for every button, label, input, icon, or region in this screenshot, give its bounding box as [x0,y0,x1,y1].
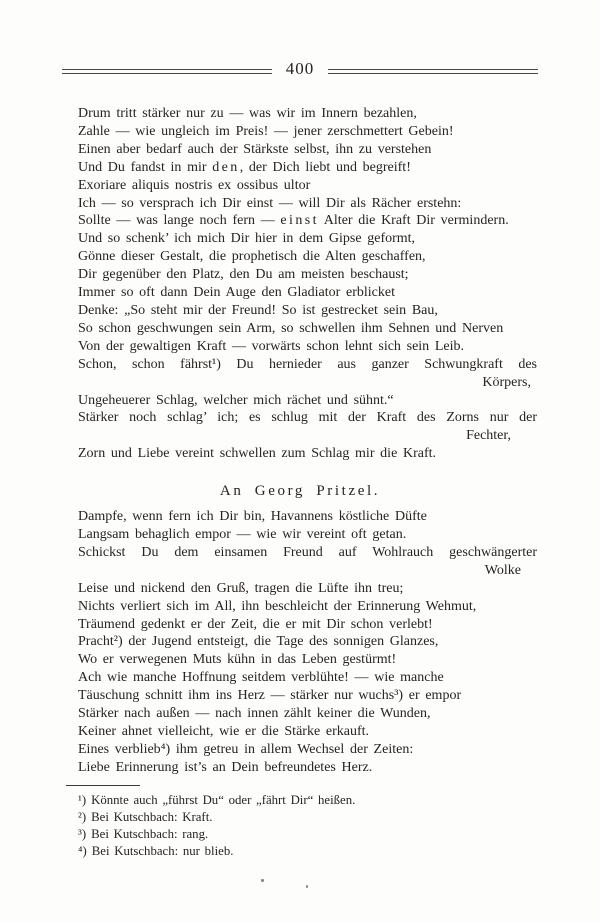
line-text: Eines verblieb⁴) ihm getreu in allem Wec… [78,742,413,757]
footnote-text: Könnte auch „führst Du“ oder „fährt Dir“… [91,793,355,807]
poem-line: Nichts verliert sich im All, ihn beschle… [78,598,537,616]
line-text: Ungeheuerer Schlag, welcher mich rächet … [78,393,394,408]
poem-line: Pracht²) der Jugend entsteigt, die Tage … [78,633,537,651]
footnote-text: Bei Kutschbach: rang. [91,827,208,841]
line-text: Stärker nach außen — nach innen zählt ke… [78,706,431,721]
line-text: Alter die Kraft Dir vermindern. [319,213,509,228]
line-text: Von der gewaltigen Kraft — vorwärts scho… [78,339,464,354]
line-text: Denke: „So steht mir der Freund! So ist … [78,303,438,318]
poem-line: Fechter, [78,427,537,445]
line-text: Körpers, [482,375,531,390]
footnote-text: Bei Kutschbach: Kraft. [91,810,212,824]
line-text: Fechter, [466,428,511,443]
line-text: Sollte — was lange noch fern — [78,213,280,228]
line-text: Leise und nickend den Gruß, tragen die L… [78,581,403,596]
poem-line: Täuschung schnitt ihm ins Herz — stärker… [78,687,537,705]
poem-gladiator: Drum tritt stärker nur zu — was wir im I… [78,105,537,463]
poem-line: Ich — so versprach ich Dir einst — will … [78,195,537,213]
poem-heading: An Georg Pritzel. [62,482,538,500]
poem-line: Wolke [78,562,537,580]
line-text: Langsam behaglich empor — wie wir verein… [78,527,406,542]
poem-line: Schickst Du dem einsamen Freund auf Wohl… [78,544,537,562]
poem-line: Dir gegenüber den Platz, den Du am meist… [78,266,537,284]
line-text: Ach wie manche Hoffnung seitdem verblüht… [78,670,444,685]
footnote-item: ⁴)Bei Kutschbach: nur blieb. [78,843,537,860]
poem-line: Sollte — was lange noch fern — einst Alt… [78,212,537,230]
poem-line: Eines verblieb⁴) ihm getreu in allem Wec… [78,741,537,759]
poem-line: Und Du fandst in mir den, der Dich liebt… [78,159,537,177]
line-text: Gönne dieser Gestalt, die prophetisch di… [78,249,426,264]
poem-line: Einen aber bedarf auch der Stärkste selb… [78,141,537,159]
line-text: Träumend gedenkt er der Zeit, die er mit… [78,617,433,632]
line-text: Wolke [485,563,521,578]
header-rule-left [62,69,272,74]
line-text: Dir gegenüber den Platz, den Du am meist… [78,267,409,282]
footnote-marker: ³) [78,827,86,841]
poem-line: Exoriare aliquis nostris ex ossibus ulto… [78,177,537,195]
scan-speck [306,885,308,888]
line-text: Wo er verwegenen Muts kühn in das Leben … [78,652,396,667]
poem-line: Zorn und Liebe vereint schwellen zum Sch… [78,445,537,463]
footnotes: ¹)Könnte auch „führst Du“ oder „fährt Di… [78,792,537,861]
header-rule-right [328,69,538,74]
poem-line: Ach wie manche Hoffnung seitdem verblüht… [78,669,537,687]
footnote-item: ³)Bei Kutschbach: rang. [78,826,537,843]
line-text: , der Dich liebt und begreift! [240,160,411,175]
line-text: Und so schenk’ ich mich Dir hier in dem … [78,231,415,246]
footnote-marker: ⁴) [78,844,87,858]
letterspaced-word: einst [280,213,318,228]
poem-line: Träumend gedenkt er der Zeit, die er mit… [78,616,537,634]
footnote-separator-rule [66,785,140,786]
line-text: Einen aber bedarf auch der Stärkste selb… [78,142,431,157]
poem-line: Immer so oft dann Dein Auge den Gladiato… [78,284,537,302]
poem-line: Denke: „So steht mir der Freund! So ist … [78,302,537,320]
poem-line: Schon, schon fährst¹) Du hernieder aus g… [78,356,537,374]
poem-line: Dampfe, wenn fern ich Dir bin, Havannens… [78,508,537,526]
line-text: Ich — so versprach ich Dir einst — will … [78,196,461,211]
footnote-marker: ¹) [78,793,86,807]
poem-line: Wo er verwegenen Muts kühn in das Leben … [78,651,537,669]
line-text: Dampfe, wenn fern ich Dir bin, Havannens… [78,509,427,524]
footnote-item: ¹)Könnte auch „führst Du“ oder „fährt Di… [78,792,537,809]
page-number: 400 [272,59,329,79]
line-text: Schon, schon fährst¹) Du hernieder aus g… [78,357,537,372]
line-text: So schon geschwungen sein Arm, so schwel… [78,321,503,336]
line-text: Nichts verliert sich im All, ihn beschle… [78,599,476,614]
line-text: Schickst Du dem einsamen Freund auf Wohl… [78,545,537,560]
poem-line: Langsam behaglich empor — wie wir verein… [78,526,537,544]
poem-line: Keiner ahnet vielleicht, wie er die Stär… [78,723,537,741]
poem-line: Liebe Erinnerung ist’s an Dein befreunde… [78,759,537,777]
poem-line: Stärker noch schlag’ ich; es schlug mit … [78,409,537,427]
poem-line: Stärker nach außen — nach innen zählt ke… [78,705,537,723]
line-text: Und Du fandst in mir [78,160,212,175]
line-text: Täuschung schnitt ihm ins Herz — stärker… [78,688,461,703]
letterspaced-word: den [212,160,239,175]
poem-line: Von der gewaltigen Kraft — vorwärts scho… [78,338,537,356]
poem-line: Leise und nickend den Gruß, tragen die L… [78,580,537,598]
book-page: 400 Drum tritt stärker nur zu — was wir … [0,0,600,922]
line-text: Liebe Erinnerung ist’s an Dein befreunde… [78,760,372,775]
poem-line: So schon geschwungen sein Arm, so schwel… [78,320,537,338]
line-text: Stärker noch schlag’ ich; es schlug mit … [78,410,537,425]
line-text: Immer so oft dann Dein Auge den Gladiato… [78,285,395,300]
page-header: 400 [62,61,538,81]
poem-line: Gönne dieser Gestalt, die prophetisch di… [78,248,537,266]
line-text: Keiner ahnet vielleicht, wie er die Stär… [78,724,369,739]
scan-speck [261,879,264,882]
poem-line: Körpers, [78,374,537,392]
line-text: Zorn und Liebe vereint schwellen zum Sch… [78,446,436,461]
poem-line: Zahle — wie ungleich im Preis! — jener z… [78,123,537,141]
footnote-item: ²)Bei Kutschbach: Kraft. [78,809,537,826]
line-text: Pracht²) der Jugend entsteigt, die Tage … [78,634,438,649]
line-text: Drum tritt stärker nur zu — was wir im I… [78,106,417,121]
line-text: Zahle — wie ungleich im Preis! — jener z… [78,124,454,139]
poem-an-georg-pritzel: Dampfe, wenn fern ich Dir bin, Havannens… [78,508,537,777]
poem-line: Ungeheuerer Schlag, welcher mich rächet … [78,392,537,410]
poem-line: Drum tritt stärker nur zu — was wir im I… [78,105,537,123]
footnote-text: Bei Kutschbach: nur blieb. [92,844,234,858]
line-text: Exoriare aliquis nostris ex ossibus ulto… [78,178,310,193]
footnote-marker: ²) [78,810,86,824]
poem-line: Und so schenk’ ich mich Dir hier in dem … [78,230,537,248]
